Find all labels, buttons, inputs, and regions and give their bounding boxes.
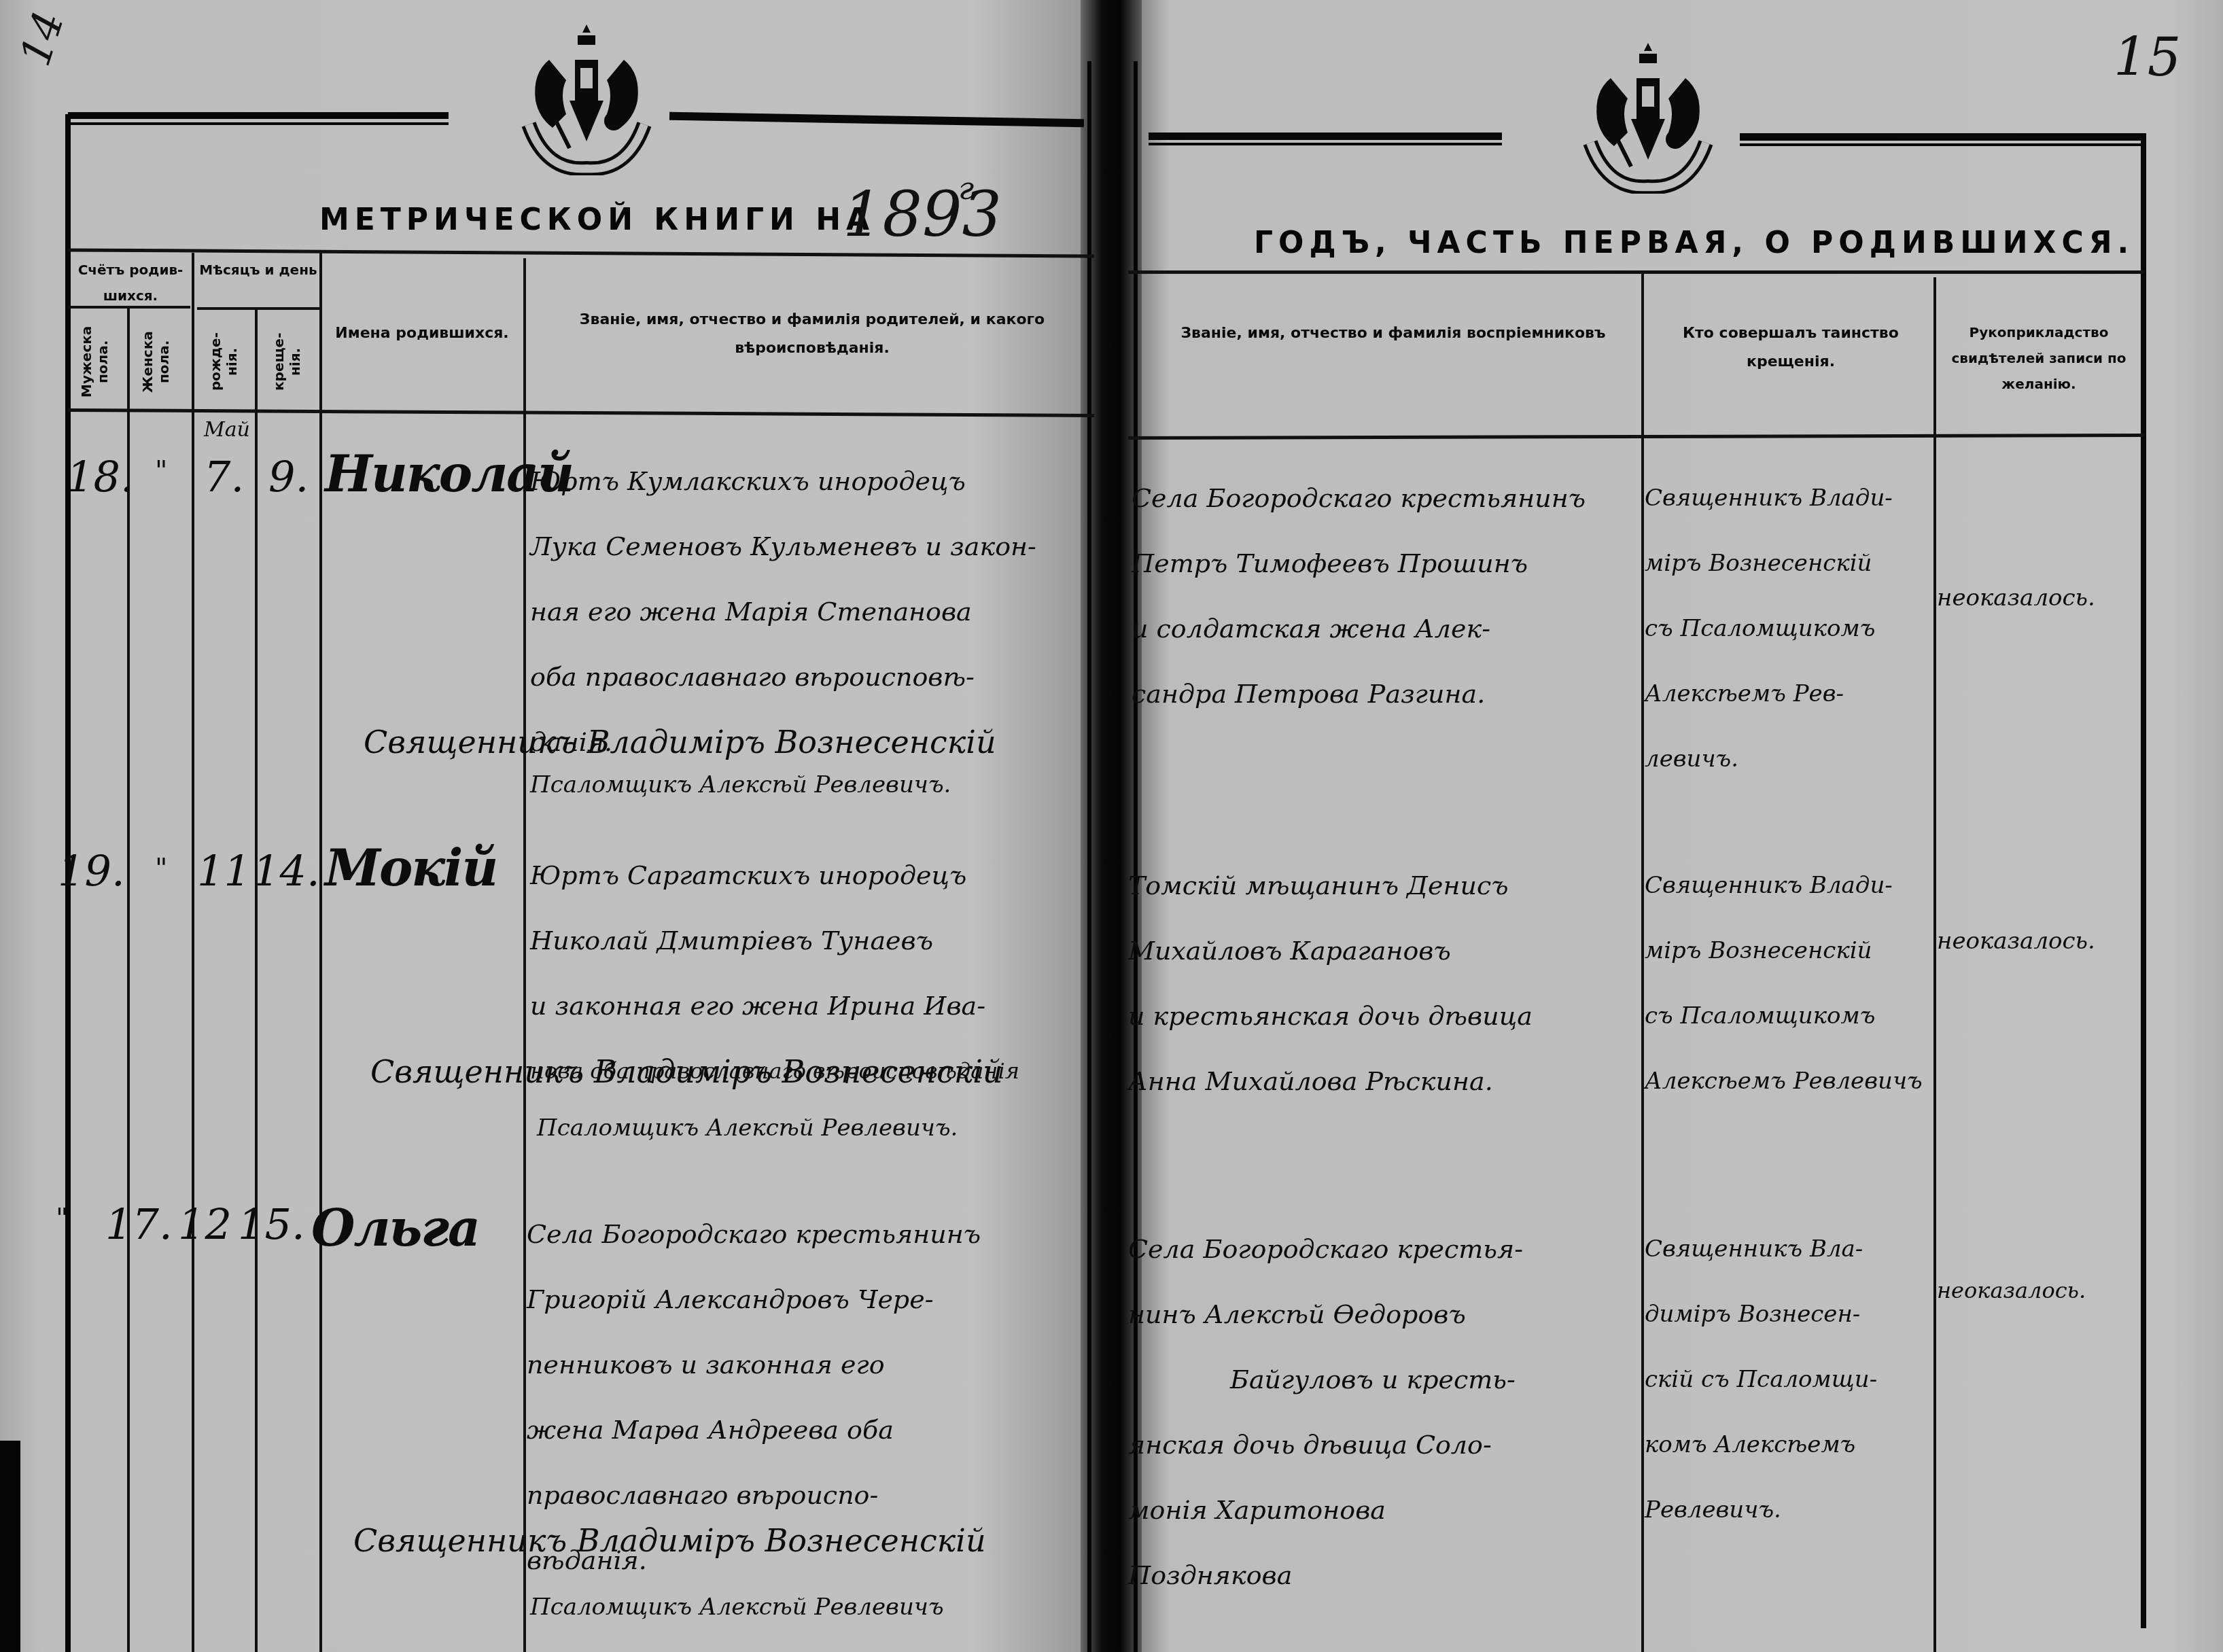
record-1-clergy-signature: Священникъ Владимiръ Вознесенскій [364, 724, 996, 760]
col-divider-godparents-performer [1641, 273, 1644, 1652]
record-3-male-count: " [56, 1203, 68, 1234]
record-2-godparents: Томскій мѣщанинъ Денисъ Михайловъ Карага… [1128, 853, 1533, 1114]
record-2-clergy-signature: Священникъ Владимiръ Вознесенскій [370, 1053, 1003, 1090]
record-1-female-count: " [155, 455, 167, 487]
record-3-clergy-signature: Священникъ Владимiръ Вознесенскій [353, 1522, 986, 1559]
header-rule-left-b [68, 122, 449, 125]
col-divider-performer-signatures [1933, 277, 1936, 1652]
header-performed-by: Кто совершалъ таинство крещенія. [1658, 319, 1923, 376]
record-1-birth-day: 7. [204, 452, 244, 502]
record-3-child-name: Ольга [311, 1199, 479, 1258]
header-rule-right-b [1149, 143, 1502, 145]
header-date-birth: рожде-нія. [207, 319, 240, 404]
record-1-witness-signature-status: неоказалось. [1937, 584, 2095, 612]
record-1-month: Май [204, 418, 250, 442]
header-names: Имена родившихся. [323, 319, 521, 348]
record-2-witness-signature-status: неоказалось. [1937, 928, 2095, 955]
header-rule-left-a [68, 112, 449, 119]
table-top-rule-right [1128, 270, 2144, 274]
record-2-baptism-day: 14. [253, 846, 320, 896]
folio-number-right: 15 [2114, 27, 2181, 88]
record-1-male-count: 18. [67, 452, 134, 502]
record-3-psalmist-signature: Псаломщикъ Алексѣй Ревлевичъ [530, 1594, 944, 1621]
header-godparents: Званіе, имя, отчество и фамилія воспріем… [1155, 319, 1631, 348]
header-count-group: Счётъ родив-шихся. [71, 257, 190, 309]
double-headed-eagle-icon [502, 19, 671, 175]
record-3-female-count: 17. [105, 1199, 173, 1249]
record-1-baptism-day: 9. [268, 452, 309, 502]
double-headed-eagle-icon [1563, 37, 1733, 194]
header-count-female: Женска пола. [139, 319, 172, 404]
record-3-witness-signature-status: неоказалось. [1937, 1278, 2086, 1303]
col-divider-male-female [127, 307, 130, 1652]
record-1-psalmist-signature: Псаломщикъ Алексѣй Ревлевичъ. [530, 771, 951, 798]
record-3-performed-by: Священникъ Вла- диміръ Вознесен- скій съ… [1645, 1216, 1877, 1543]
record-3-baptism-day: 15. [238, 1199, 305, 1249]
register-year-suffix: г [958, 170, 974, 207]
header-count-male: Мужеска пола. [78, 319, 111, 404]
header-date-group: Мѣсяцъ и день [198, 257, 318, 283]
header-parents: Званіе, имя, отчество и фамилія родителе… [557, 306, 1067, 363]
col-divider-birth-baptism [255, 307, 258, 1652]
record-2-performed-by: Священникъ Влади- міръ Вознесенскій съ П… [1645, 853, 1923, 1114]
record-2-psalmist-signature: Псаломщикъ Алексѣй Ревлевичъ. [537, 1114, 958, 1142]
right-frame-border [2141, 133, 2146, 1628]
record-1-godparents: Села Богородскаго крестьянинъ Петръ Тимо… [1132, 465, 1586, 726]
header-rule-right-d [1740, 143, 2141, 146]
record-2-male-count: 19. [58, 846, 125, 896]
header-date-baptism: креще-нія. [270, 319, 303, 404]
register-title-left: МЕТРИЧЕСКОЙ КНИГИ НА [319, 203, 875, 237]
register-year: 1893 [843, 178, 1002, 251]
col-divider-count-date [192, 253, 194, 1652]
scan-edge-shadow [0, 1441, 20, 1652]
record-2-birth-day: 11 [197, 846, 251, 896]
record-2-female-count: " [155, 853, 167, 884]
imperial-eagle-crest-right [1563, 37, 1733, 194]
col-divider-date-names [319, 253, 322, 1652]
register-title-right: ГОДЪ, ЧАСТЬ ПЕРВАЯ, О РОДИВШИХСЯ. [1254, 226, 2134, 260]
record-3-birth-day: 12 [178, 1199, 232, 1249]
header-rule-right-c [1740, 133, 2141, 141]
gutter-rule-left [1087, 61, 1091, 1652]
imperial-eagle-crest-left [502, 19, 671, 175]
header-signatures: Рукоприкладство свидѣтелей записи по жел… [1940, 319, 2137, 397]
header-rule-right-a [1149, 133, 1502, 140]
record-2-child-name: Мокій [325, 839, 497, 898]
record-3-godparents: Села Богородскаго крестья- нинъ Алексѣй … [1128, 1216, 1523, 1608]
record-1-performed-by: Священникъ Влади- міръ Вознесенскій съ П… [1645, 465, 1893, 792]
date-subheader-rule [197, 307, 319, 310]
